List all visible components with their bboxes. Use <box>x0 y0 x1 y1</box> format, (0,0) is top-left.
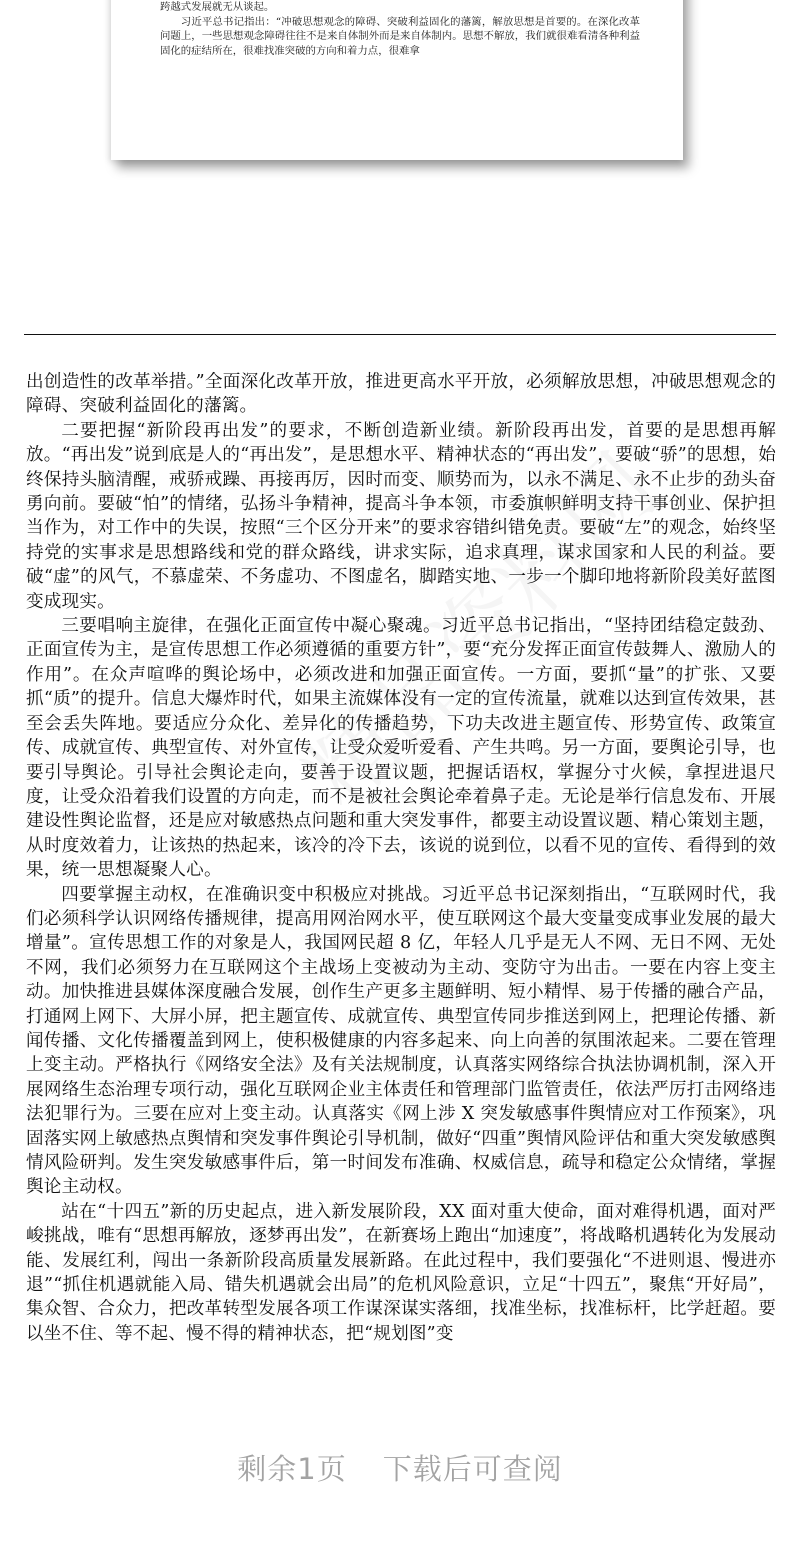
download-to-view-button[interactable]: 剩余1页下载后可查阅 <box>0 1447 800 1488</box>
download-hint-label: 下载后可查阅 <box>383 1452 563 1486</box>
paragraph: 三要唱响主旋律，在强化正面宣传中凝心聚魂。习近平总书记指出，“坚持团结稳定鼓劲、… <box>26 614 776 882</box>
preview-page-text: 跨越式发展就无从谈起。 习近平总书记指出：“冲破思想观念的障碍、突破利益固化的藩… <box>160 0 640 58</box>
page-divider <box>24 334 776 335</box>
paragraph: 站在“十四五”新的历史起点，进入新发展阶段，XX 面对重大使命，面对难得机遇，面… <box>26 1200 776 1346</box>
paragraph: 出创造性的改革举措。”全面深化改革开放，推进更高水平开放，必须解放思想，冲破思想… <box>26 370 776 419</box>
preview-page-card: 跨越式发展就无从谈起。 习近平总书记指出：“冲破思想观念的障碍、突破利益固化的藩… <box>111 0 683 160</box>
preview-line: 习近平总书记指出：“冲破思想观念的障碍、突破利益固化的藩篱，解放思想是首要的。在… <box>160 15 640 59</box>
preview-line: 跨越式发展就无从谈起。 <box>160 0 640 15</box>
document-body: 出创造性的改革举措。”全面深化改革开放，推进更高水平开放，必须解放思想，冲破思想… <box>26 370 776 1346</box>
paragraph: 四要掌握主动权，在准确识变中积极应对挑战。习近平总书记深刻指出，“互联网时代，我… <box>26 883 776 1200</box>
paragraph: 二要把握“新阶段再出发”的要求，不断创造新业绩。新阶段再出发，首要的是思想再解放… <box>26 419 776 614</box>
remaining-pages-label: 剩余1页 <box>237 1452 346 1486</box>
